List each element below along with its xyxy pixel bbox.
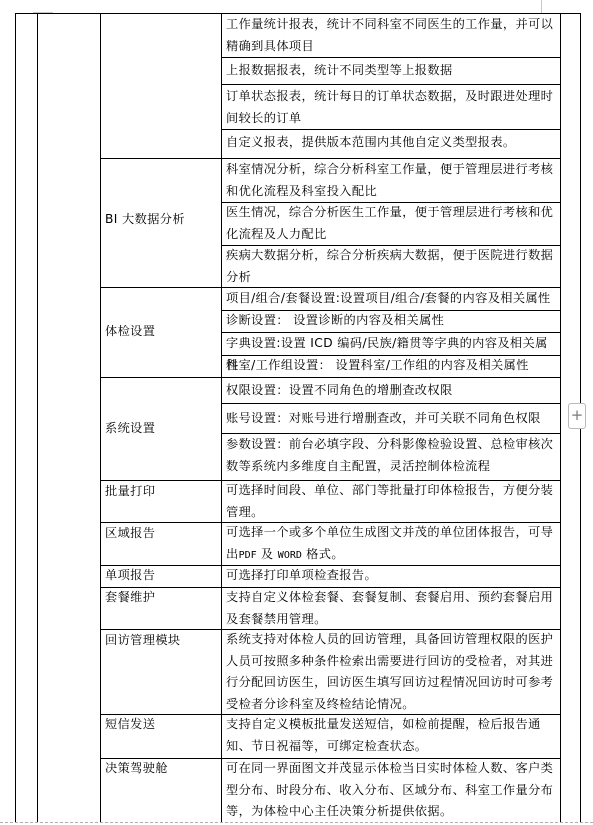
desc-text: 格式。 <box>302 547 344 561</box>
desc-department-analysis: 科室情况分析，综合分析科室工作量，便于管理层进行考核和优化流程及科室投入配比 <box>226 159 558 202</box>
module-exam-settings: 体检设置 <box>105 321 217 343</box>
table-border-left <box>15 13 16 822</box>
desc-batch-print: 可选择时间段、单位、部门等批量打印体检报告，方便分装管理。 <box>226 480 558 523</box>
module-follow-up: 回访管理模块 <box>105 630 217 652</box>
page-break-line <box>0 822 593 823</box>
module-regional-report: 区域报告 <box>105 523 217 545</box>
row-divider <box>100 377 561 378</box>
add-row-button[interactable]: + <box>568 403 586 429</box>
desc-reported-data-report: 上报数据报表，统计不同类型等上报数据 <box>226 60 558 82</box>
row-divider <box>221 84 561 85</box>
desc-text: 及 <box>257 547 278 561</box>
desc-order-status-report: 订单状态报表，统计每日的订单状态数据，及时跟进处理时间较长的订单 <box>226 86 558 129</box>
module-package-maintenance: 套餐维护 <box>105 587 217 609</box>
desc-department-group-settings: 科室/工作组设置： 设置科室/工作组的内容及相关属性 <box>226 355 558 377</box>
desc-dashboard: 可在同一界面图文并茂显示体检当日实时体检人数、客户类型分布、时段分布、收入分布、… <box>226 758 558 823</box>
desc-item-package-settings: 项目/组合/套餐设置:设置项目/组合/套餐的内容及相关属性 <box>226 288 558 310</box>
margin-corner-mark <box>541 0 542 13</box>
document-page: BI 大数据分析 体检设置 系统设置 批量打印 区域报告 单项报告 套餐维护 回… <box>0 0 593 825</box>
desc-package-maintenance: 支持自定义体检套餐、套餐复制、套餐启用、预约套餐启用及套餐禁用管理。 <box>226 587 558 630</box>
row-divider <box>221 57 561 58</box>
module-system-settings: 系统设置 <box>105 418 217 440</box>
table-border-right <box>560 13 561 822</box>
desc-sms: 支持自定义模板批量发送短信，如检前提醒，检后报告通知、节日祝福等，可绑定检查状态… <box>226 714 558 757</box>
row-divider <box>221 403 561 404</box>
desc-follow-up: 系统支持对体检人员的回访管理，具备回访管理权限的医护人员可按照多种条件检索出需要… <box>226 629 558 715</box>
module-single-report: 单项报告 <box>105 565 217 587</box>
table-column-divider <box>37 13 38 822</box>
module-sms: 短信发送 <box>105 714 217 736</box>
desc-custom-report: 自定义报表，提供版本范围内其他自定义类型报表。 <box>226 132 558 154</box>
desc-permission-settings: 权限设置：设置不同角色的增删查改权限 <box>226 380 558 402</box>
module-dashboard: 决策驾驶舱 <box>105 758 217 780</box>
format-pdf: PDF <box>239 550 257 561</box>
desc-regional-report: 可选择一个或多个单位生成图文并茂的单位团体报告，可导出PDF 及 WORD 格式… <box>226 522 558 566</box>
module-bi-analysis: BI 大数据分析 <box>105 209 217 231</box>
table-column-divider <box>221 13 222 822</box>
desc-diagnosis-settings: 诊断设置： 设置诊断的内容及相关属性 <box>226 310 558 332</box>
module-batch-print: 批量打印 <box>105 481 217 503</box>
desc-disease-analysis: 疾病大数据分析，综合分析疾病大数据，便于医院进行数据分析 <box>226 245 558 288</box>
table-column-divider <box>100 13 101 822</box>
desc-parameter-settings: 参数设置：前台必填字段、分科影像检验设置、总检审核次数等系统内多维度自主配置，灵… <box>226 434 558 477</box>
desc-workload-report: 工作量统计报表，统计不同科室不同医生的工作量，并可以精确到具体项目 <box>226 14 558 57</box>
desc-doctor-analysis: 医生情况，综合分析医生工作量，便于管理层进行考核和优化流程及人力配比 <box>226 202 558 245</box>
desc-single-report: 可选择打印单项检查报告。 <box>226 565 558 587</box>
row-divider <box>221 129 561 130</box>
desc-account-settings: 账号设置：对账号进行增删查改，并可关联不同角色权限 <box>226 408 558 430</box>
format-word: WORD <box>278 550 302 561</box>
